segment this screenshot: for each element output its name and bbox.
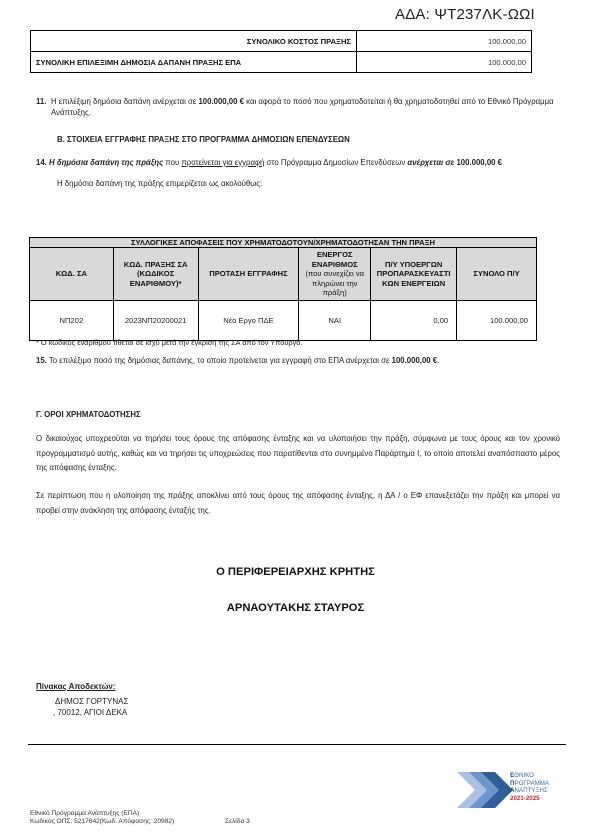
col-header-prep-budget: Π/Υ ΥΠΟΕΡΓΩΝ ΠΡΟΠΑΡΑΣΚΕΥΑΣΤΙ ΚΩΝ ΕΝΕΡΓΕΙ…: [371, 248, 457, 301]
table-row: ΣΥΝΟΛΙΚΟ ΚΟΣΤΟΣ ΠΡΑΞΗΣ 100.000,00: [31, 31, 532, 52]
ada-code: ΑΔΑ: ΨΤ237ΛΚ-ΩΩΙ: [395, 6, 535, 23]
item-text: Το επιλέξιμο ποσό της δημόσιας δαπάνης, …: [47, 356, 392, 365]
item-14-subtext: Η δημόσια δαπάνη της πράξης επιμερίζεται…: [57, 178, 262, 189]
underlined-text: προτείνεται για εγγραφή: [181, 158, 264, 167]
allocation-table: ΣΥΛΛΟΓΙΚΕΣ ΑΠΟΦΑΣΕΙΣ ΠΟΥ ΧΡΗΜΑΤΟΔΟΤΟΥΝ/Χ…: [29, 237, 537, 341]
allocation-table-title: ΣΥΛΛΟΓΙΚΕΣ ΑΠΟΦΑΣΕΙΣ ΠΟΥ ΧΡΗΜΑΤΟΔΟΤΟΥΝ/Χ…: [30, 238, 537, 248]
item-number: 14.: [36, 158, 47, 167]
amount: 100.000,00 €: [454, 158, 502, 167]
col-header-total-budget: ΣΥΝΟΛΟ Π/Υ: [457, 248, 537, 301]
section-c-heading: Γ. ΟΡΟΙ ΧΡΗΜΑΤΟΔΟΤΗΣΗΣ: [36, 409, 141, 420]
table-row: ΝΠ202 2023ΝΠ20200021 Νέο Εργο ΠΔΕ ΝΑΙ 0,…: [30, 301, 537, 341]
item-11: 11. Η επιλέξιμη δημόσια δαπάνη ανέρχεται…: [36, 96, 556, 118]
eligible-public-expense-value: 100.000,00: [357, 52, 532, 73]
emphasis-text: ανέρχεται σε: [407, 158, 454, 167]
amount: 100.000,00 €: [392, 356, 438, 365]
logo-years: 2021-2025: [510, 795, 549, 803]
cell-active: ΝΑΙ: [299, 301, 371, 341]
footer-code: Κωδικός ΟΠΣ: 5217642(Κωδ. Απόφασης: 2098…: [30, 818, 174, 826]
recipient-address: , 70012, ΑΓΙΟΙ ΔΕΚΑ: [53, 707, 127, 718]
section-b-heading: Β. ΣΤΟΙΧΕΙΑ ΕΓΓΡΑΦΗΣ ΠΡΑΞΗΣ ΣΤΟ ΠΡΟΓΡΑΜΜ…: [57, 134, 350, 145]
amount: 100.000,00 €: [198, 97, 244, 106]
logo-word: ΝΑΠΤΥΞΗΣ: [514, 787, 547, 794]
cell-total-budget: 100.000,00: [457, 301, 537, 341]
cell-proposal: Νέο Εργο ΠΔΕ: [198, 301, 299, 341]
cell-prep-budget: 0,00: [371, 301, 457, 341]
item-text: Η επιλέξιμη δημόσια δαπάνη ανέρχεται σε: [51, 97, 198, 106]
page-number: Σελίδα 3: [225, 818, 250, 825]
footer-program: Εθνικό Πρόγραμμα Ανάπτυξης (ΕΠΑ): [30, 810, 174, 818]
cell-project-code: 2023ΝΠ20200021: [113, 301, 198, 341]
col-header-project-code: ΚΩΔ. ΠΡΑΞΗΣ ΣΑ (ΚΩΔΙΚΟΣ ΕΝΑΡΙΘΜΟΥ)*: [113, 248, 198, 301]
col-header-active-title: ΕΝΕΡΓΟΣ ΕΝΑΡΙΘΜΟΣ: [301, 250, 368, 269]
col-header-active-note: (που συνεχίζει να πληρώνει την πράξη): [301, 269, 368, 298]
divider: [28, 744, 566, 745]
logo-word: ΡΟΓΡΑΜΜΑ: [514, 780, 549, 787]
col-header-active: ΕΝΕΡΓΟΣ ΕΝΑΡΙΘΜΟΣ (που συνεχίζει να πληρ…: [299, 248, 371, 301]
table-header-row: ΚΩΔ. ΣΑ ΚΩΔ. ΠΡΑΞΗΣ ΣΑ (ΚΩΔΙΚΟΣ ΕΝΑΡΙΘΜΟ…: [30, 248, 537, 301]
item-number: 15.: [36, 356, 47, 365]
epa-logo-text: ΕΘΝΙΚΟ ΠΡΟΓΡΑΜΜΑ ΑΝΑΠΤΥΞΗΣ 2021-2025: [510, 772, 549, 802]
table-row: ΣΥΝΟΛΙΚΗ ΕΠΙΛΕΞΙΜΗ ΔΗΜΟΣΙΑ ΔΑΠΑΝΗ ΠΡΑΞΗΣ…: [31, 52, 532, 73]
item-text: .: [437, 356, 439, 365]
item-number: 11.: [36, 96, 46, 107]
item-text: που: [163, 158, 181, 167]
signatory-name: ΑΡΝΑΟΥΤΑΚΗΣ ΣΤΑΥΡΟΣ: [0, 602, 591, 614]
footer: Εθνικό Πρόγραμμα Ανάπτυξης (ΕΠΑ) Κωδικός…: [30, 810, 174, 826]
col-header-proposal: ΠΡΟΤΑΣΗ ΕΓΓΡΑΦΗΣ: [198, 248, 299, 301]
cost-summary-table: ΣΥΝΟΛΙΚΟ ΚΟΣΤΟΣ ΠΡΑΞΗΣ 100.000,00 ΣΥΝΟΛΙ…: [30, 30, 532, 73]
item-text: στο Πρόγραμμα Δημοσίων Επενδύσεων: [264, 158, 407, 167]
cell-sa-code: ΝΠ202: [30, 301, 114, 341]
total-cost-value: 100.000,00: [357, 31, 532, 52]
recipient-name: ΔΗΜΟΣ ΓΟΡΤΥΝΑΣ: [55, 696, 128, 707]
item-15: 15. Το επιλέξιμο ποσό της δημόσιας δαπάν…: [36, 355, 439, 366]
recipients-heading: Πίνακας Αποδεκτών:: [36, 681, 115, 692]
section-c-paragraph-2: Σε περίπτωση που η υλοποίηση της πράξης …: [36, 489, 560, 518]
signatory-title: Ο ΠΕΡΙΦΕΡΕΙΑΡΧΗΣ ΚΡΗΤΗΣ: [0, 566, 591, 578]
section-c-paragraph-1: Ο δικαιούχος υποχρεούται να τηρήσει τους…: [36, 432, 560, 476]
total-cost-label: ΣΥΝΟΛΙΚΟ ΚΟΣΤΟΣ ΠΡΑΞΗΣ: [31, 31, 357, 52]
col-header-sa-code: ΚΩΔ. ΣΑ: [30, 248, 114, 301]
emphasis-text: Η δημόσια δαπάνη της πράξης: [49, 158, 163, 167]
eligible-public-expense-label: ΣΥΝΟΛΙΚΗ ΕΠΙΛΕΞΙΜΗ ΔΗΜΟΣΙΑ ΔΑΠΑΝΗ ΠΡΑΞΗΣ…: [31, 52, 357, 73]
footnote: * Ο κωδικός εναρίθμου τίθεται σε ισχύ με…: [36, 337, 302, 348]
item-14: 14. Η δημόσια δαπάνη της πράξης που προτ…: [36, 157, 566, 168]
logo-word: ΘΝΙΚΟ: [514, 772, 534, 779]
